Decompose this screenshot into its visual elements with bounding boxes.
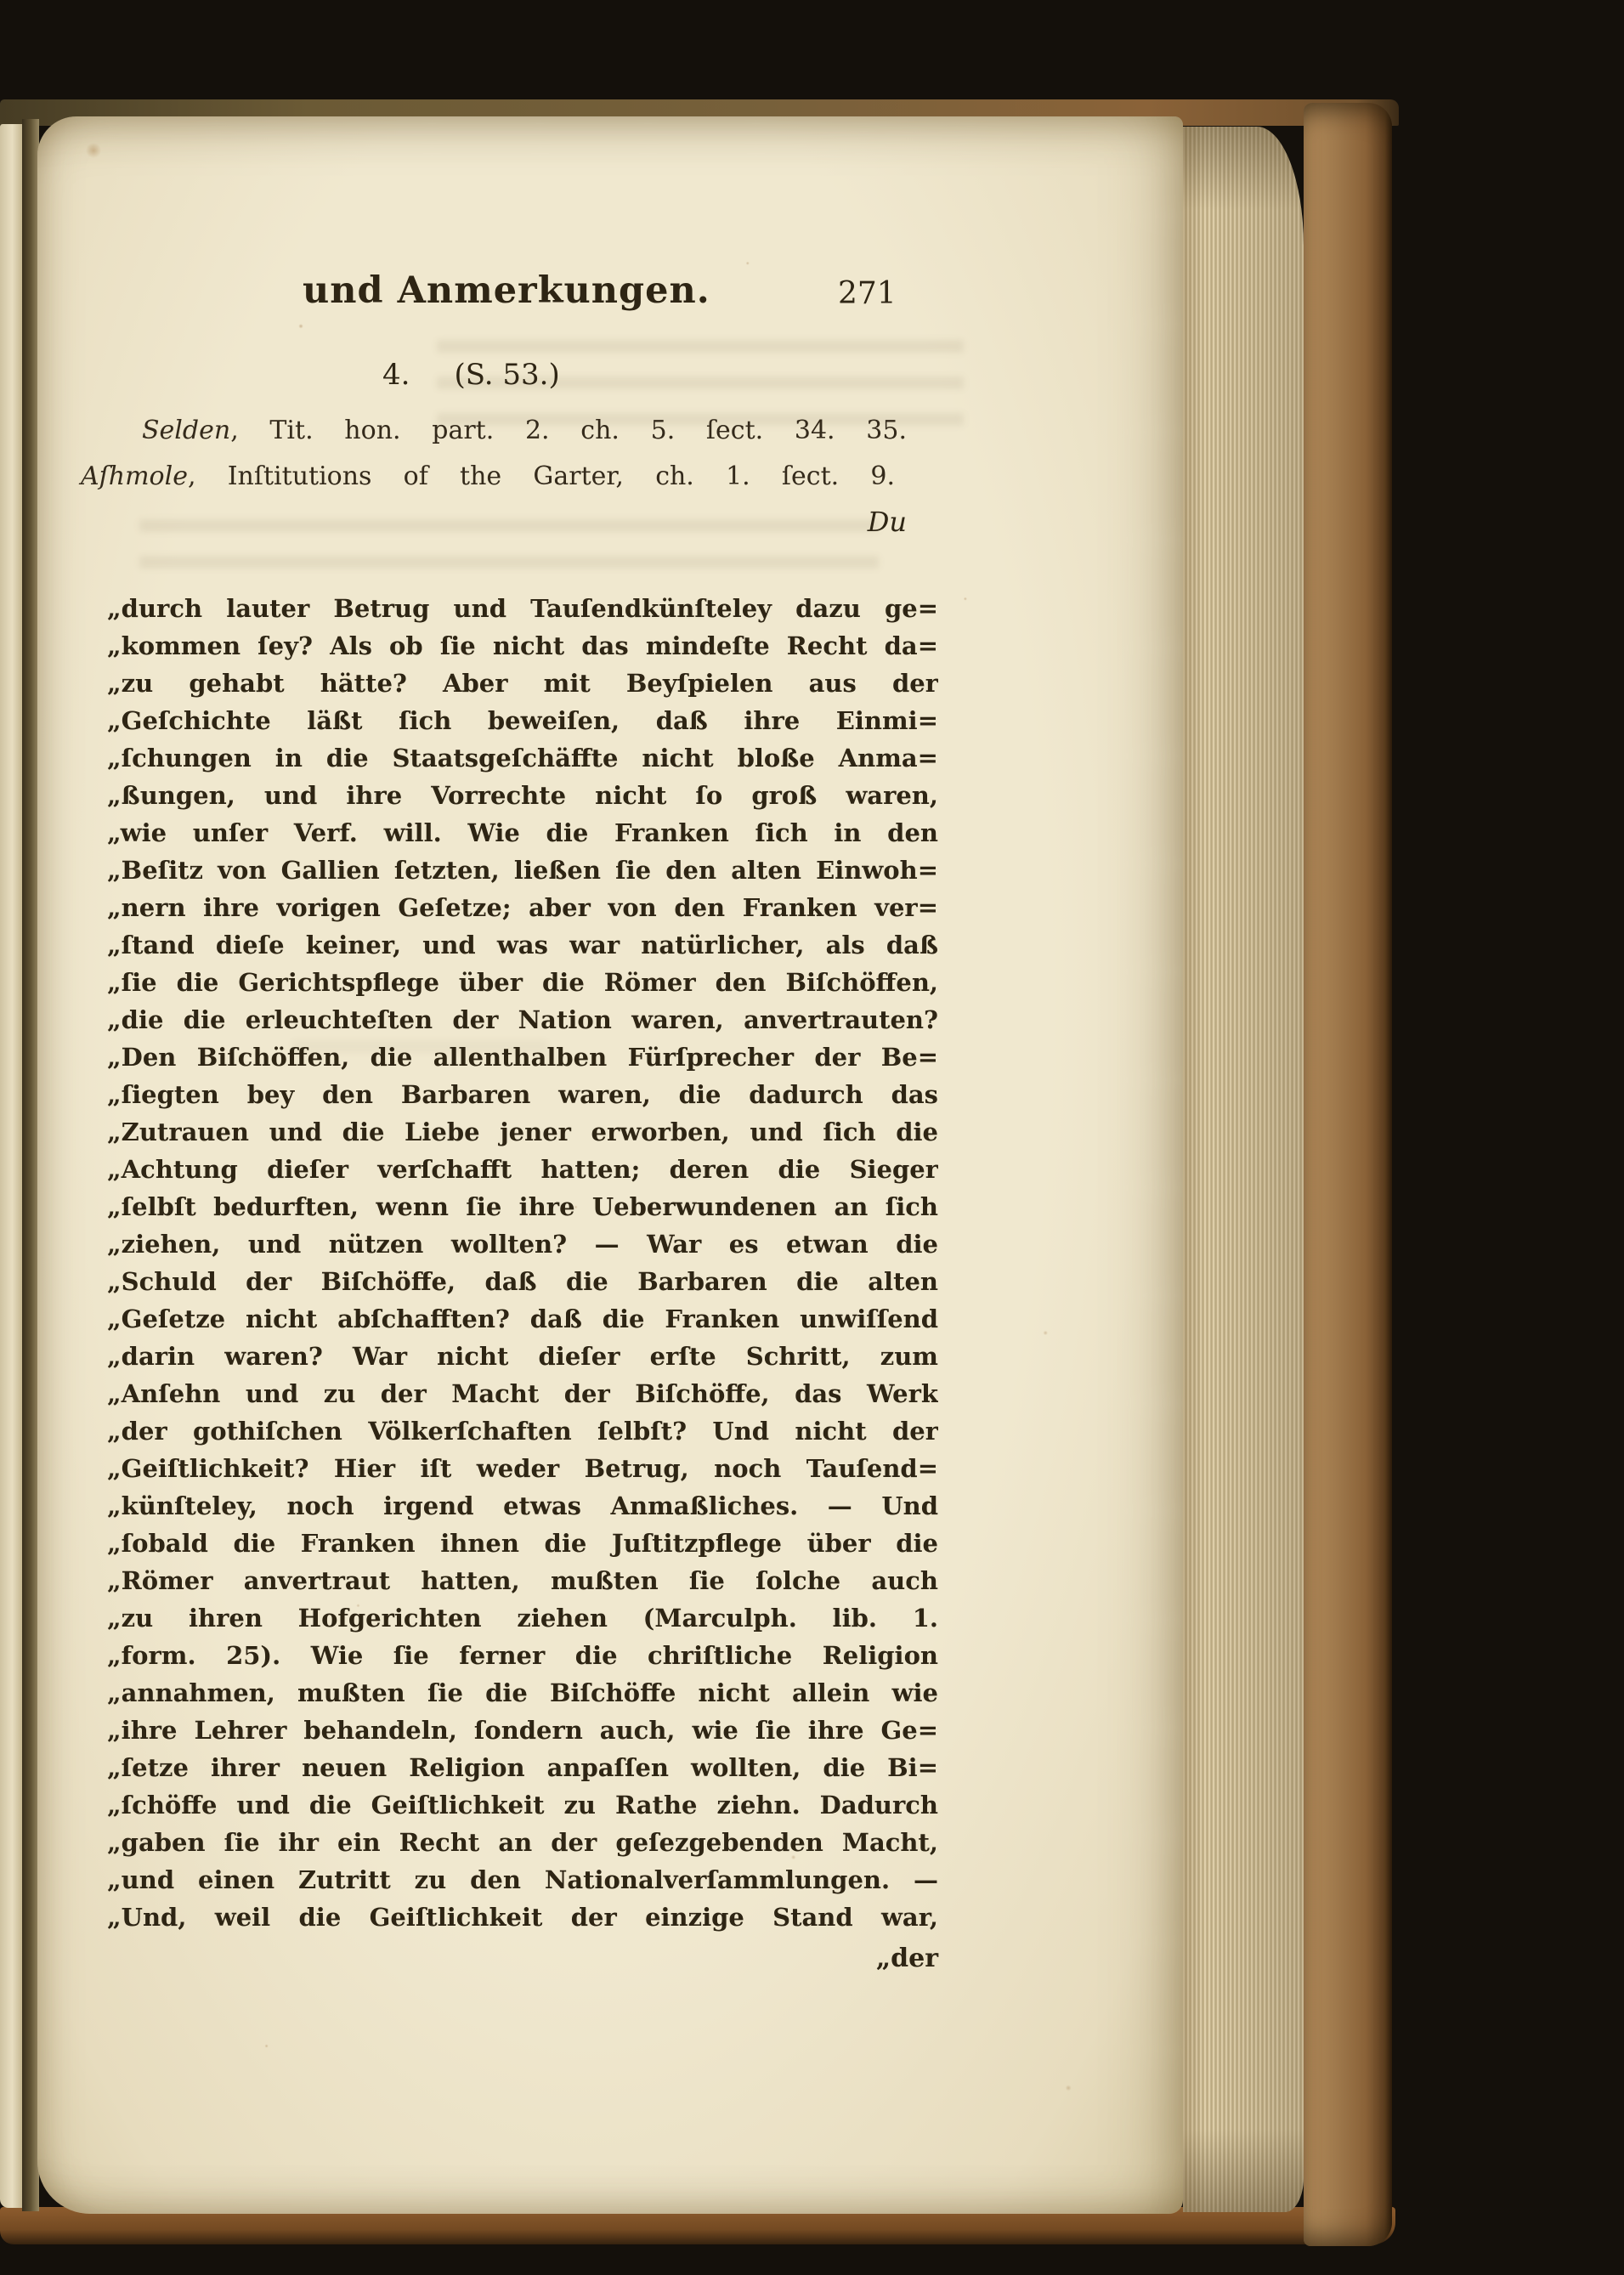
text-line: „ſelbſt bedurften, wenn ſie ihre Ueberwu… (107, 1188, 938, 1225)
text-line: „ßungen, und ihre Vorrechte nicht ſo gro… (107, 777, 938, 814)
text-line: „ihre Lehrer behandeln, ſondern auch, wi… (107, 1712, 938, 1749)
text-line: „wie unſer Verf. will. Wie die Franken ſ… (107, 814, 938, 852)
text-line: „Geiſtlichkeit? Hier iſt weder Betrug, n… (107, 1450, 938, 1487)
citation-text: , Inſtitutions of the Garter, ch. 1. ſec… (188, 461, 895, 491)
text-line: „Römer anvertraut hatten, mußten ſie ſol… (107, 1562, 938, 1599)
book-scan-photo: und Anmerkungen. 271 4. (S. 53.) Selden,… (0, 0, 1624, 2275)
text-line: „ſchöffe und die Geiſtlichkeit zu Rathe … (107, 1786, 938, 1824)
text-line: „ſchungen in die Staatsgeſchäffte nicht … (107, 739, 938, 777)
text-line: „und einen Zutritt zu den Nationalverſam… (107, 1861, 938, 1899)
text-line: „Den Biſchöffen, die allenthalben Fürſpr… (107, 1038, 938, 1076)
citation-text: , Tit. hon. part. 2. ch. 5. ſect. 34. 35… (230, 416, 907, 445)
text-line: „Und, weil die Geiſtlichkeit der einzige… (107, 1899, 938, 1936)
page-number: 271 (838, 276, 897, 311)
book-cover-right-edge (1304, 103, 1392, 2246)
text-line: „Achtung dieſer verſchafft hatten; deren… (107, 1151, 938, 1188)
citation-author: Selden (142, 416, 230, 445)
text-line: „ſiegten bey den Barbaren waren, die dad… (107, 1076, 938, 1113)
text-line: „künſteley, noch irgend etwas Anmaßliche… (107, 1487, 938, 1525)
citation-line: Aſhmole, Inſtitutions of the Garter, ch.… (81, 461, 895, 491)
text-line: „die die erleuchteſten der Nation waren,… (107, 1001, 938, 1038)
gutter-shadow (22, 119, 39, 2211)
note-page-ref: (S. 53.) (454, 358, 559, 392)
text-line: „Geſchichte läßt ſich beweiſen, daß ihre… (107, 702, 938, 739)
fore-edge-page-stack (1183, 127, 1304, 2212)
catchword-top: Du (868, 506, 907, 538)
text-line: „der gothiſchen Völkerſchaften ſelbſt? U… (107, 1412, 938, 1450)
catchword-bottom: „der (876, 1944, 938, 1973)
text-line: „annahmen, mußten ſie die Biſchöffe nich… (107, 1674, 938, 1712)
citation-author: Aſhmole (81, 461, 188, 491)
facing-page-edge (0, 124, 22, 2208)
body-text: „durch lauter Betrug und Tauſendkünſtele… (107, 590, 938, 1936)
book-page: und Anmerkungen. 271 4. (S. 53.) Selden,… (37, 116, 1183, 2214)
text-line: „ſie die Gerichtspflege über die Römer d… (107, 964, 938, 1001)
text-line: „nern ihre vorigen Geſetze; aber von den… (107, 889, 938, 926)
note-number: 4. (382, 358, 410, 392)
text-line: „ſobald die Franken ihnen die Juſtitzpfl… (107, 1525, 938, 1562)
text-line: „durch lauter Betrug und Tauſendkünſtele… (107, 590, 938, 627)
running-header: und Anmerkungen. (303, 269, 710, 312)
text-line: „Anſehn und zu der Macht der Biſchöffe, … (107, 1375, 938, 1412)
text-line: „ſtand dieſe keiner, und was war natürli… (107, 926, 938, 964)
text-line: „Geſetze nicht abſchafften? daß die Fran… (107, 1300, 938, 1338)
text-line: „ziehen, und nützen wollten? — War es et… (107, 1225, 938, 1263)
text-line: „kommen ſey? Als ob ſie nicht das mindeſ… (107, 627, 938, 665)
citation-line: Selden, Tit. hon. part. 2. ch. 5. ſect. … (142, 416, 907, 445)
text-line: „ſetze ihrer neuen Religion anpaſſen wol… (107, 1749, 938, 1786)
text-line: „zu gehabt hätte? Aber mit Beyſpielen au… (107, 665, 938, 702)
text-line: „zu ihren Hofgerichten ziehen (Marculph.… (107, 1599, 938, 1637)
note-heading: 4. (S. 53.) (382, 358, 560, 392)
ink-bleedthrough (139, 514, 879, 569)
text-line: „Beſitz von Gallien ſetzten, ließen ſie … (107, 852, 938, 889)
text-line: „form. 25). Wie ſie ferner die chriſtlic… (107, 1637, 938, 1674)
text-line: „darin waren? War nicht dieſer erſte Sch… (107, 1338, 938, 1375)
text-line: „Zutrauen und die Liebe jener erworben, … (107, 1113, 938, 1151)
text-line: „Schuld der Biſchöffe, daß die Barbaren … (107, 1263, 938, 1300)
text-line: „gaben ſie ihr ein Recht an der geſezgeb… (107, 1824, 938, 1861)
